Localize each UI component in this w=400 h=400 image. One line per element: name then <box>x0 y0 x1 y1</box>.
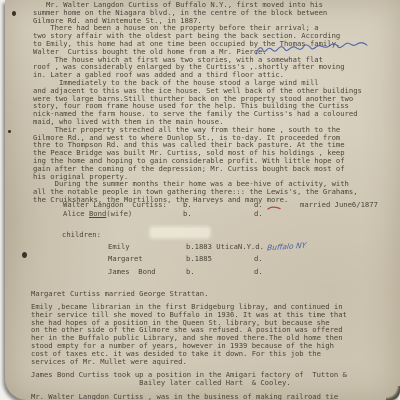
child-name: James Bond <box>108 268 186 276</box>
para-property: Their property streched all the way from… <box>33 126 362 181</box>
child-born: b.1885 <box>186 255 254 263</box>
para-outbuildings: Immediately to the back of the house sto… <box>33 79 362 126</box>
father-name: Walter Langdon Curtiss: <box>63 200 183 209</box>
father-married: married June6/1877 <box>300 200 378 209</box>
mother-first-name: Alice <box>63 209 89 218</box>
father-row: Walter Langdon Curtiss: b. d. married Ju… <box>63 200 378 209</box>
child-row-james: James Bond b. d. <box>108 268 306 276</box>
children-label: children: <box>62 231 101 239</box>
mother-name-suffix: (wife) <box>106 209 132 218</box>
mother-died: d. <box>254 209 300 218</box>
paper-sheet: Mr. Walter Langdon Curtiss of Buffalo N.… <box>5 0 400 400</box>
handwriting-blue-note <box>254 40 374 56</box>
genealogy-parents: Walter Langdon Curtiss: b. d. married Ju… <box>63 200 378 219</box>
whiteout-smudge <box>151 228 209 237</box>
child-name: Emily <box>108 243 186 251</box>
scan-corner-shadow <box>386 386 400 400</box>
handwriting-squiggle-icon <box>254 37 375 59</box>
para-moved-in: Mr. Walter Langdon Curtiss of Buffalo N.… <box>33 1 362 24</box>
child-died: d. <box>254 255 263 263</box>
para-emily-librarian: Emily ,became librarian in the first Bri… <box>31 303 347 365</box>
mother-name: Alice Bond(wife) <box>63 209 183 218</box>
scanned-document-page: Mr. Walter Langdon Curtiss of Buffalo N.… <box>0 0 400 400</box>
line-margaret-marriage: Margaret Curtiss married George Strattan… <box>31 290 208 298</box>
child-died: d. <box>254 268 263 276</box>
para-james-factory: James Bond Curtiss took up a position in… <box>31 371 347 387</box>
child-row-margaret: Margaret b.1885 d. <box>108 255 306 263</box>
child-name: Margaret <box>108 255 186 263</box>
mother-born: b. <box>183 209 254 218</box>
typed-body: Mr. Walter Langdon Curtiss of Buffalo N.… <box>33 1 362 204</box>
mother-maiden-name: Bond <box>89 209 106 218</box>
father-born: b. <box>183 200 254 209</box>
child-born-died: b.1883 UticaN.Y.d. <box>186 243 264 251</box>
line-footer-railroad: Mr. Walter Langdon Curtiss , was in the … <box>31 393 338 400</box>
mother-row: Alice Bond(wife) b. d. <box>63 209 378 218</box>
paper-speck <box>8 130 11 133</box>
paper-speck <box>22 252 27 258</box>
child-born: b. <box>186 268 254 276</box>
handwriting-buffalo-ny: Buffalo NY <box>267 242 307 253</box>
child-row-emily: Emily b.1883 UticaN.Y.d. Buffalo NY <box>108 243 306 251</box>
father-died: d. <box>254 200 300 209</box>
para-enlarged: The house which at first was two stories… <box>33 56 362 79</box>
paper-speck <box>12 11 16 16</box>
children-list: Emily b.1883 UticaN.Y.d. Buffalo NY Marg… <box>108 243 306 280</box>
